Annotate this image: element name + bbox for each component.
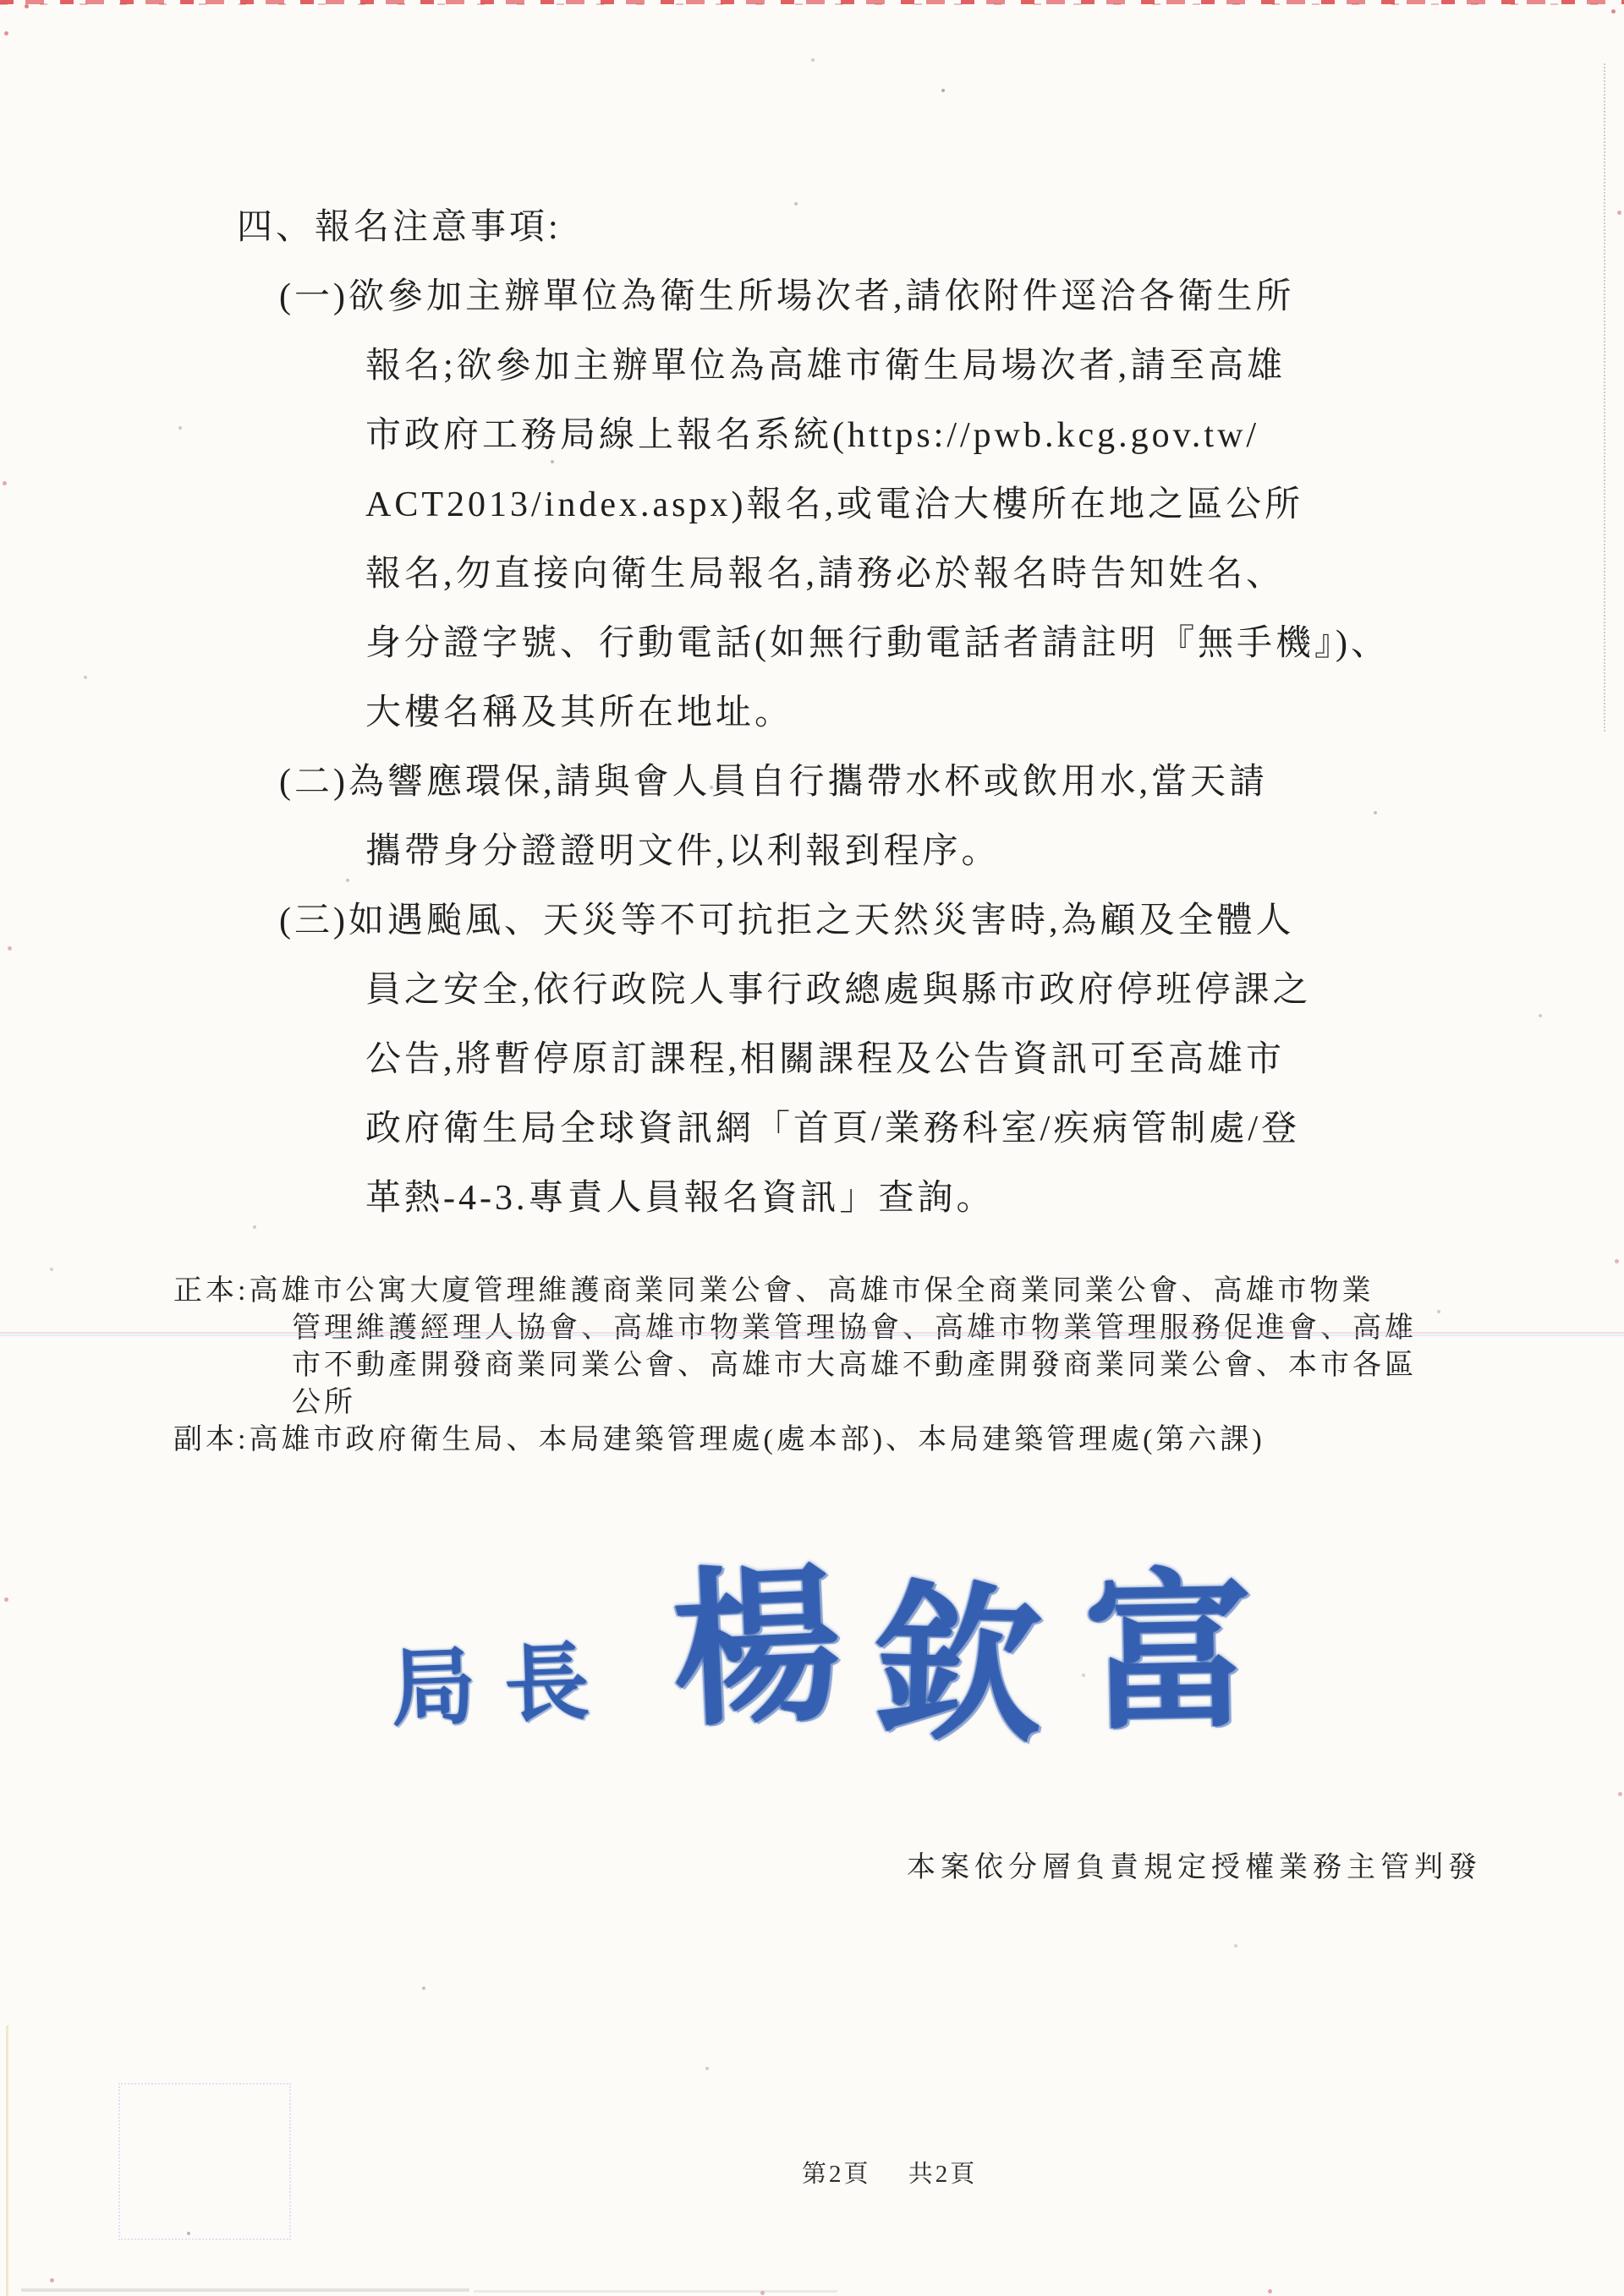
body-line-url: 市政府工務局線上報名系統(https://pwb.kcg.gov.tw/ bbox=[237, 401, 1390, 470]
original-copy-line: 市不動產開發商業同業公會、高雄市大高雄不動產開發商業同業公會、本市各區 bbox=[173, 1347, 1417, 1384]
scan-artifact-ghost-stamp bbox=[118, 2083, 291, 2240]
scan-artifact-red-specks bbox=[0, 0, 3, 3]
signature-name-char: 欽 bbox=[870, 1581, 1044, 1754]
scan-artifact-right-line bbox=[1604, 63, 1605, 732]
signature-name-char: 富 bbox=[1083, 1570, 1254, 1741]
page-number: 第2頁 bbox=[802, 2161, 871, 2188]
scan-artifact-specks bbox=[0, 0, 2, 2]
signature-name-char: 楊 bbox=[669, 1563, 846, 1740]
body-line: 報名,勿直接向衛生局報名,請務必於報名時告知姓名、 bbox=[237, 540, 1390, 609]
original-copy-line: 公所 bbox=[173, 1384, 1417, 1422]
body-line: 攜帶身分證證明文件,以利報到程序。 bbox=[237, 817, 1390, 886]
original-copy-line: 管理維護經理人協會、高雄市物業管理協會、高雄市物業管理服務促進會、高雄 bbox=[173, 1310, 1417, 1347]
body-line: 報名;欲參加主辦單位為高雄市衛生局場次者,請至高雄 bbox=[237, 332, 1390, 401]
original-copy-line: 正本:高雄市公寓大廈管理維護商業同業公會、高雄市保全商業同業公會、高雄市物業 bbox=[173, 1273, 1417, 1310]
carbon-copy-line: 副本:高雄市政府衛生局、本局建築管理處(處本部)、本局建築管理處(第六課) bbox=[173, 1422, 1417, 1459]
recipients-block: 正本:高雄市公寓大廈管理維護商業同業公會、高雄市保全商業同業公會、高雄市物業 管… bbox=[173, 1273, 1417, 1459]
scan-artifact-bottom-smudge bbox=[474, 2290, 837, 2293]
body-line-item-3: (三)如遇颱風、天災等不可抗拒之天然災害時,為顧及全體人 bbox=[237, 886, 1390, 956]
section-heading: 四、報名注意事項: bbox=[237, 193, 1390, 262]
body-line: 政府衛生局全球資訊網「首頁/業務科室/疾病管制處/登 bbox=[237, 1094, 1390, 1164]
scan-artifact-left-line bbox=[6, 2025, 8, 2296]
body-line: 身分證字號、行動電話(如無行動電話者請註明『無手機』)、 bbox=[237, 609, 1390, 678]
body-line-url: ACT2013/index.aspx)報名,或電洽大樓所在地之區公所 bbox=[237, 470, 1390, 540]
page-total: 共2頁 bbox=[908, 2161, 978, 2188]
signature-title: 局長 bbox=[389, 1613, 620, 1742]
body-line: 大樓名稱及其所在地址。 bbox=[237, 678, 1390, 748]
scan-artifact-top-edge bbox=[0, 3, 1624, 5]
body-line: 員之安全,依行政院人事行政總處與縣市政府停班停課之 bbox=[237, 956, 1390, 1025]
authorization-note: 本案依分層負責規定授權業務主管判發 bbox=[907, 1844, 1482, 1885]
body-text-block: 四、報名注意事項: (一)欲參加主辦單位為衛生所場次者,請依附件逕洽各衛生所 報… bbox=[237, 193, 1390, 1233]
body-line: 公告,將暫停原訂課程,相關課程及公告資訊可至高雄市 bbox=[237, 1025, 1390, 1094]
body-line-item-2: (二)為響應環保,請與會人員自行攜帶水杯或飲用水,當天請 bbox=[237, 748, 1390, 817]
scan-artifact-top-edge bbox=[0, 0, 1624, 4]
body-line: 革熱-4-3.專責人員報名資訊」查詢。 bbox=[237, 1164, 1390, 1233]
page-footer: 第2頁 共2頁 bbox=[802, 2155, 977, 2189]
document-page: 四、報名注意事項: (一)欲參加主辦單位為衛生所場次者,請依附件逕洽各衛生所 報… bbox=[0, 0, 1624, 2296]
scan-artifact-bottom-smudge bbox=[21, 2288, 469, 2292]
body-line-item-1: (一)欲參加主辦單位為衛生所場次者,請依附件逕洽各衛生所 bbox=[237, 262, 1390, 332]
